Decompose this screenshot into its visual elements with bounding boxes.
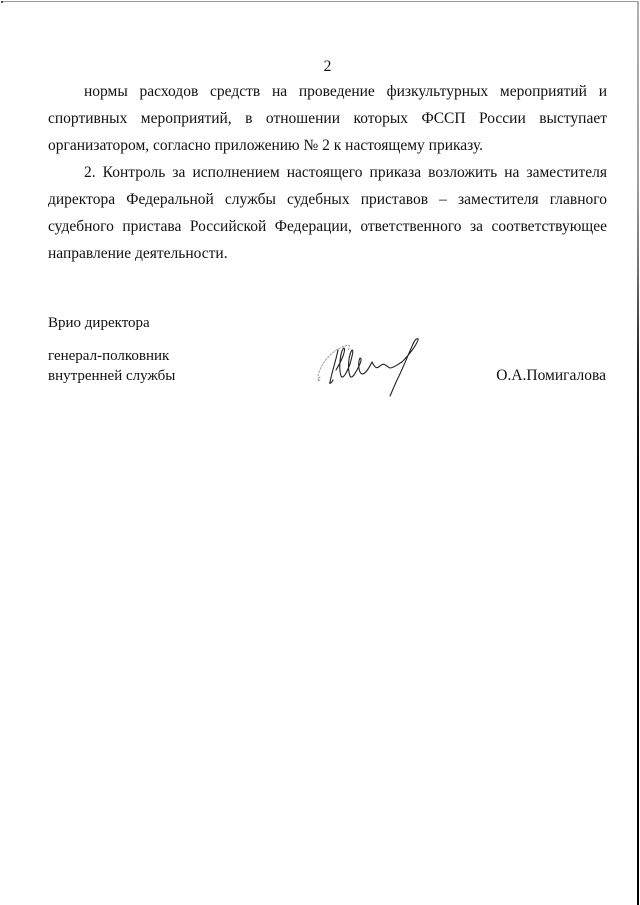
- signatory-position-text: Врио директора: [48, 315, 150, 331]
- scan-corner-mark: [1, 1, 3, 3]
- scan-top-edge: [1, 1, 637, 2]
- paragraph-2: 2. Контроль за исполнением настоящего пр…: [48, 159, 607, 267]
- handwritten-signature-icon: [314, 336, 424, 398]
- page-number: 2: [0, 58, 640, 76]
- signatory-rank-line-2: внутренней службы: [48, 366, 175, 386]
- signatory-position: Врио директора: [48, 313, 150, 333]
- signatory-name: О.А.Помигалова: [496, 367, 606, 385]
- paragraph-1-text: нормы расходов средств на проведение физ…: [48, 78, 607, 159]
- signatory-rank: генерал-полковник внутренней службы: [48, 346, 175, 386]
- paragraph-2-text: 2. Контроль за исполнением настоящего пр…: [48, 159, 607, 267]
- signatory-rank-line-1: генерал-полковник: [48, 346, 175, 366]
- scan-right-edge: [637, 1, 639, 905]
- paragraph-1: нормы расходов средств на проведение физ…: [48, 78, 607, 159]
